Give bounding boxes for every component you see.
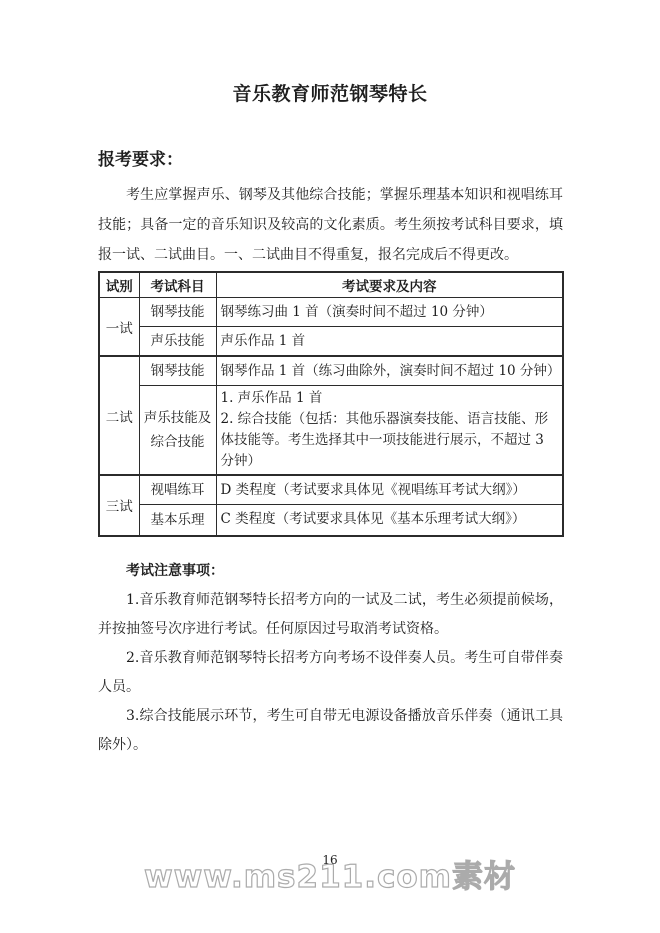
note-item: 2.音乐教育师范钢琴特长招考方向考场不设伴奏人员。考生可自带伴奏人员。 <box>98 644 563 702</box>
content-line: 2. 综合技能（包括：其他乐器演奏技能、语言技能、形体技能等。考生选择其中一项技… <box>221 409 559 472</box>
round-cell: 三试 <box>99 475 139 536</box>
notes-section: 考试注意事项： 1.音乐教育师范钢琴特长招考方向的一试及二试，考生必须提前候场，… <box>98 557 563 760</box>
round-cell: 二试 <box>99 356 139 475</box>
subject-cell: 视唱练耳 <box>139 475 216 505</box>
page-number: 16 <box>0 853 660 867</box>
subject-cell: 声乐技能及综合技能 <box>139 386 216 476</box>
subject-cell: 钢琴技能 <box>139 356 216 386</box>
page-content: 报考要求： 考生应掌握声乐、钢琴及其他综合技能；掌握乐理基本知识和视唱练耳技能；… <box>0 150 660 760</box>
content-cell: 1. 声乐作品 1 首 2. 综合技能（包括：其他乐器演奏技能、语言技能、形体技… <box>216 386 563 476</box>
table-row: 二试 钢琴技能 钢琴作品 1 首（练习曲除外，演奏时间不超过 10 分钟） <box>99 356 563 386</box>
note-item: 1.音乐教育师范钢琴特长招考方向的一试及二试，考生必须提前候场，并按抽签号次序进… <box>98 586 563 644</box>
round-cell: 一试 <box>99 298 139 357</box>
table-row: 一试 钢琴技能 钢琴练习曲 1 首（演奏时间不超过 10 分钟） <box>99 298 563 327</box>
content-cell: C 类程度（考试要求具体见《基本乐理考试大纲》） <box>216 505 563 536</box>
page-title: 音乐教育师范钢琴特长 <box>0 84 660 105</box>
table-row: 三试 视唱练耳 D 类程度（考试要求具体见《视唱练耳考试大纲》） <box>99 475 563 505</box>
table-row: 声乐技能及综合技能 1. 声乐作品 1 首 2. 综合技能（包括：其他乐器演奏技… <box>99 386 563 476</box>
subject-cell: 声乐技能 <box>139 327 216 357</box>
subject-cell: 钢琴技能 <box>139 298 216 327</box>
content-line: 1. 声乐作品 1 首 <box>221 388 559 409</box>
header-round: 试别 <box>99 272 139 298</box>
header-subject: 考试科目 <box>139 272 216 298</box>
content-cell: 钢琴作品 1 首（练习曲除外，演奏时间不超过 10 分钟） <box>216 356 563 386</box>
content-cell: 钢琴练习曲 1 首（演奏时间不超过 10 分钟） <box>216 298 563 327</box>
requirements-paragraph: 考生应掌握声乐、钢琴及其他综合技能；掌握乐理基本知识和视唱练耳技能；具备一定的音… <box>98 180 563 270</box>
exam-table: 试别 考试科目 考试要求及内容 一试 钢琴技能 钢琴练习曲 1 首（演奏时间不超… <box>98 271 564 537</box>
table-row: 声乐技能 声乐作品 1 首 <box>99 327 563 357</box>
content-cell: 声乐作品 1 首 <box>216 327 563 357</box>
notes-heading: 考试注意事项： <box>98 557 563 586</box>
header-content: 考试要求及内容 <box>216 272 563 298</box>
document-page: 音乐教育师范钢琴特长 报考要求： 考生应掌握声乐、钢琴及其他综合技能；掌握乐理基… <box>0 0 660 933</box>
content-cell: D 类程度（考试要求具体见《视唱练耳考试大纲》） <box>216 475 563 505</box>
requirements-heading: 报考要求： <box>98 150 563 171</box>
exam-table-header-row: 试别 考试科目 考试要求及内容 <box>99 272 563 298</box>
subject-cell: 基本乐理 <box>139 505 216 536</box>
table-row: 基本乐理 C 类程度（考试要求具体见《基本乐理考试大纲》） <box>99 505 563 536</box>
note-item: 3.综合技能展示环节，考生可自带无电源设备播放音乐伴奏（通讯工具除外）。 <box>98 702 563 760</box>
